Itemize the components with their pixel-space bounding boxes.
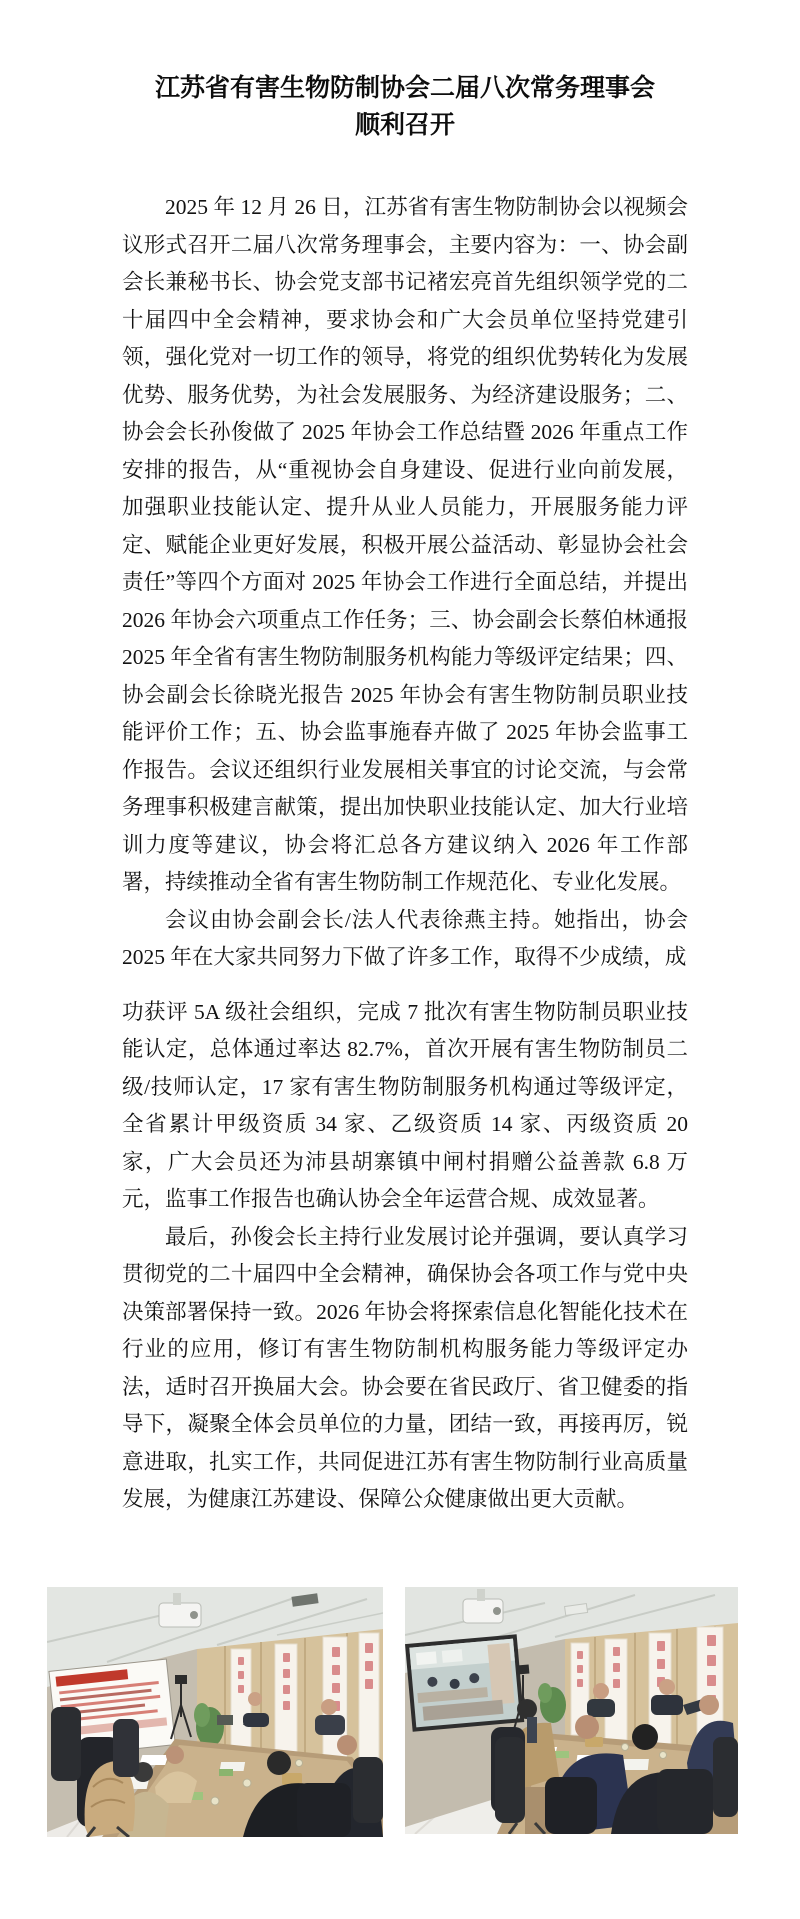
title-line-1: 江苏省有害生物防制协会二届八次常务理事会 <box>122 70 688 107</box>
page-title: 江苏省有害生物防制协会二届八次常务理事会 顺利召开 <box>122 70 688 144</box>
paragraph-1: 2025 年 12 月 26 日，江苏省有害生物防制协会以视频会议形式召开二届八… <box>122 189 688 902</box>
photo-row <box>47 1587 738 1837</box>
paragraph-2: 会议由协会副会长/法人代表徐燕主持。她指出，协会 2025 年在大家共同努力下做… <box>122 902 688 977</box>
meeting-photo-1 <box>47 1587 383 1837</box>
article-body: 2025 年 12 月 26 日，江苏省有害生物防制协会以视频会议形式召开二届八… <box>122 189 688 1519</box>
document-page: 江苏省有害生物防制协会二届八次常务理事会 顺利召开 2025 年 12 月 26… <box>0 0 800 1919</box>
paragraph-2-continued: 功获评 5A 级社会组织，完成 7 批次有害生物防制员职业技能认定，总体通过率达… <box>122 994 688 1219</box>
paragraph-3: 最后，孙俊会长主持行业发展讨论并强调，要认真学习贯彻党的二十届四中全会精神，确保… <box>122 1219 688 1519</box>
title-line-2: 顺利召开 <box>122 107 688 144</box>
meeting-photo-2 <box>405 1587 738 1834</box>
